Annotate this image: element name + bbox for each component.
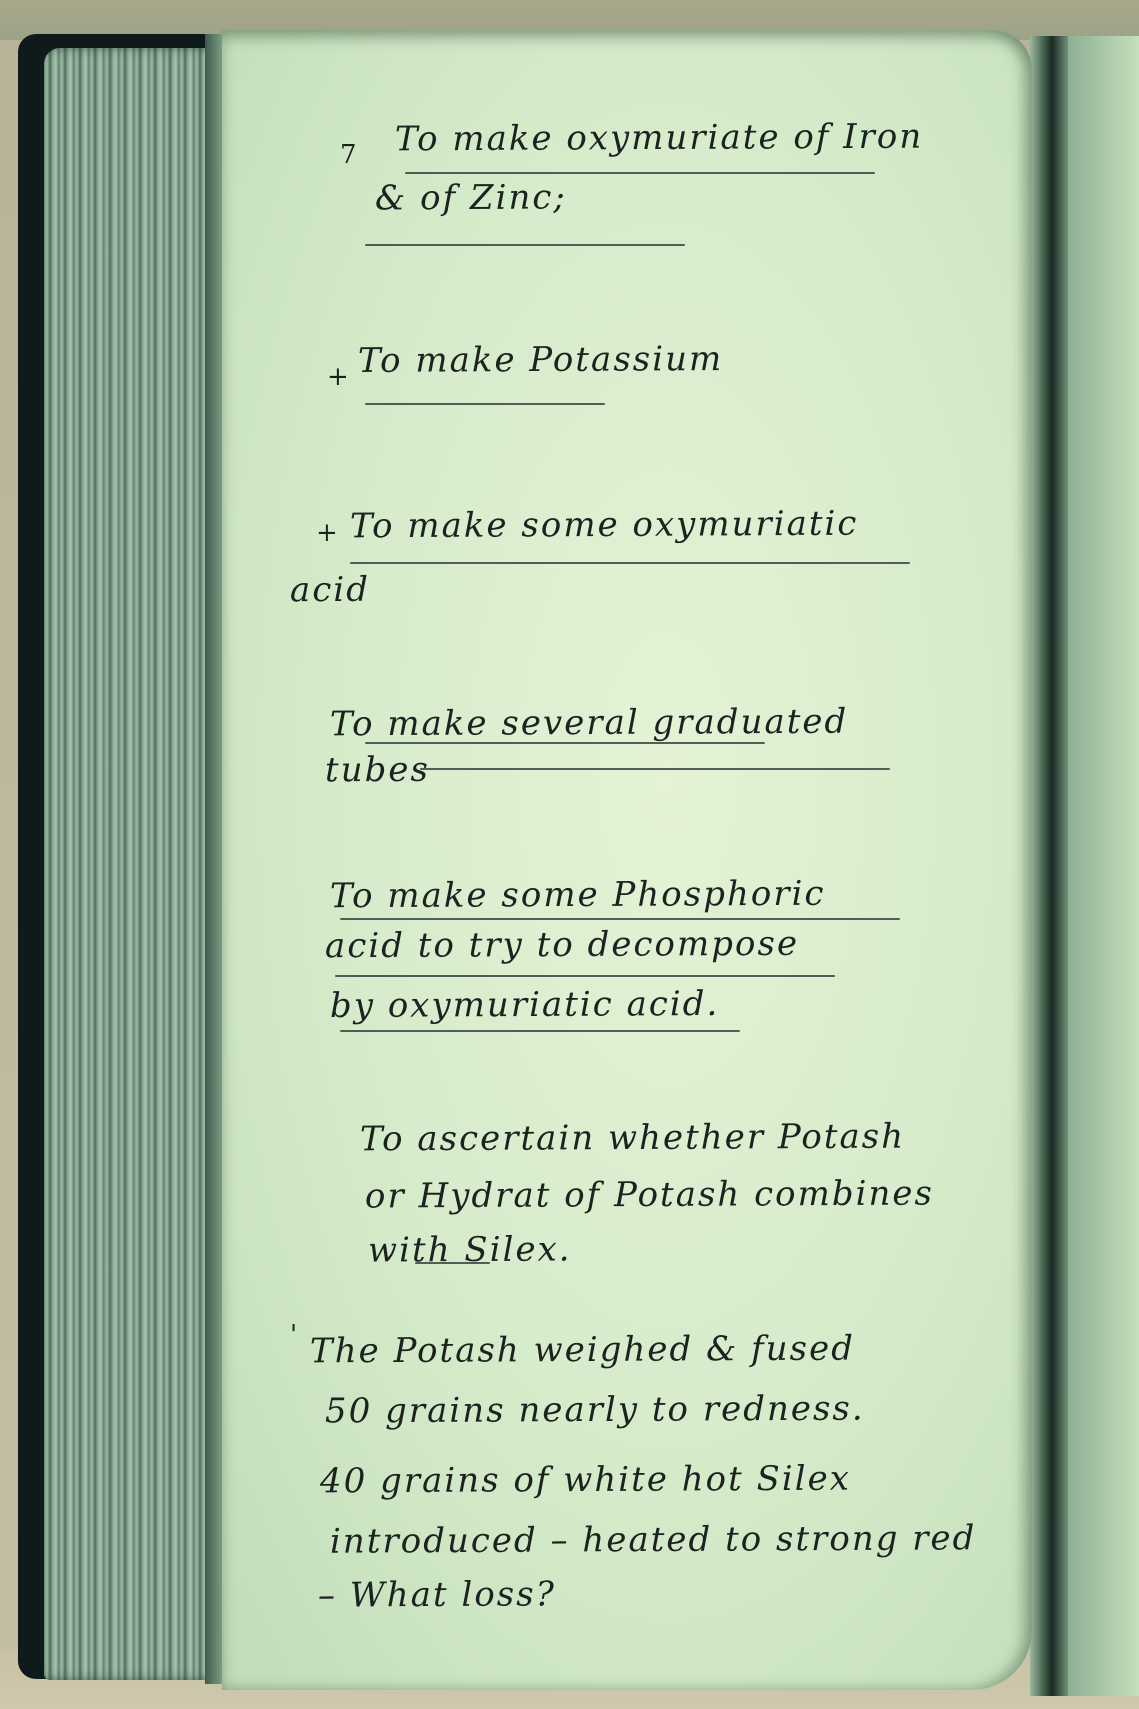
- entry-1-line-2: & of Zinc;: [375, 177, 567, 218]
- underline: [365, 403, 605, 405]
- entry-3-line-2: acid: [290, 570, 370, 610]
- entry-1-line-1: To make oxymuriate of Iron: [395, 117, 923, 160]
- underline: [340, 1030, 740, 1032]
- facing-page-edge: [1068, 36, 1139, 1696]
- entry-7-line-2: 50 grains nearly to redness.: [325, 1389, 865, 1432]
- book-gutter: [1030, 36, 1070, 1696]
- underline: [335, 975, 835, 977]
- entry-6-line-3: with Silex.: [368, 1229, 572, 1270]
- entry-marker: 7: [340, 140, 357, 170]
- entry-7-line-3: 40 grains of white hot Silex: [320, 1459, 851, 1502]
- entry-7-line-4: introduced – heated to strong red: [330, 1518, 977, 1561]
- entry-7-line-5: – What loss?: [318, 1574, 556, 1615]
- page-edges: [44, 48, 222, 1680]
- entry-6-line-2: or Hydrat of Potash combines: [365, 1174, 934, 1217]
- entry-3-line-1: To make some oxymuriatic: [350, 504, 859, 547]
- entry-6-line-1: To ascertain whether Potash: [360, 1117, 905, 1160]
- entry-2-line-1: To make Potassium: [358, 339, 723, 381]
- underline: [365, 244, 685, 246]
- entry-marker: +: [316, 518, 338, 548]
- underline: [340, 918, 900, 920]
- entry-7-line-1: The Potash weighed & fused: [310, 1329, 855, 1372]
- underline: [420, 768, 890, 770]
- entry-5-line-1: To make some Phosphoric: [330, 874, 826, 917]
- entry-marker: ': [290, 1320, 297, 1350]
- entry-5-line-3: by oxymuriatic acid.: [330, 984, 720, 1026]
- underline: [350, 562, 910, 564]
- entry-4-line-1: To make several graduated: [330, 702, 848, 745]
- notebook-page: [222, 30, 1032, 1690]
- underline: [415, 1262, 490, 1264]
- entry-marker: +: [327, 362, 349, 392]
- entry-5-line-2: acid to try to decompose: [325, 924, 799, 966]
- entry-4-line-2: tubes: [325, 750, 430, 791]
- underline: [405, 172, 875, 174]
- underline: [365, 742, 765, 744]
